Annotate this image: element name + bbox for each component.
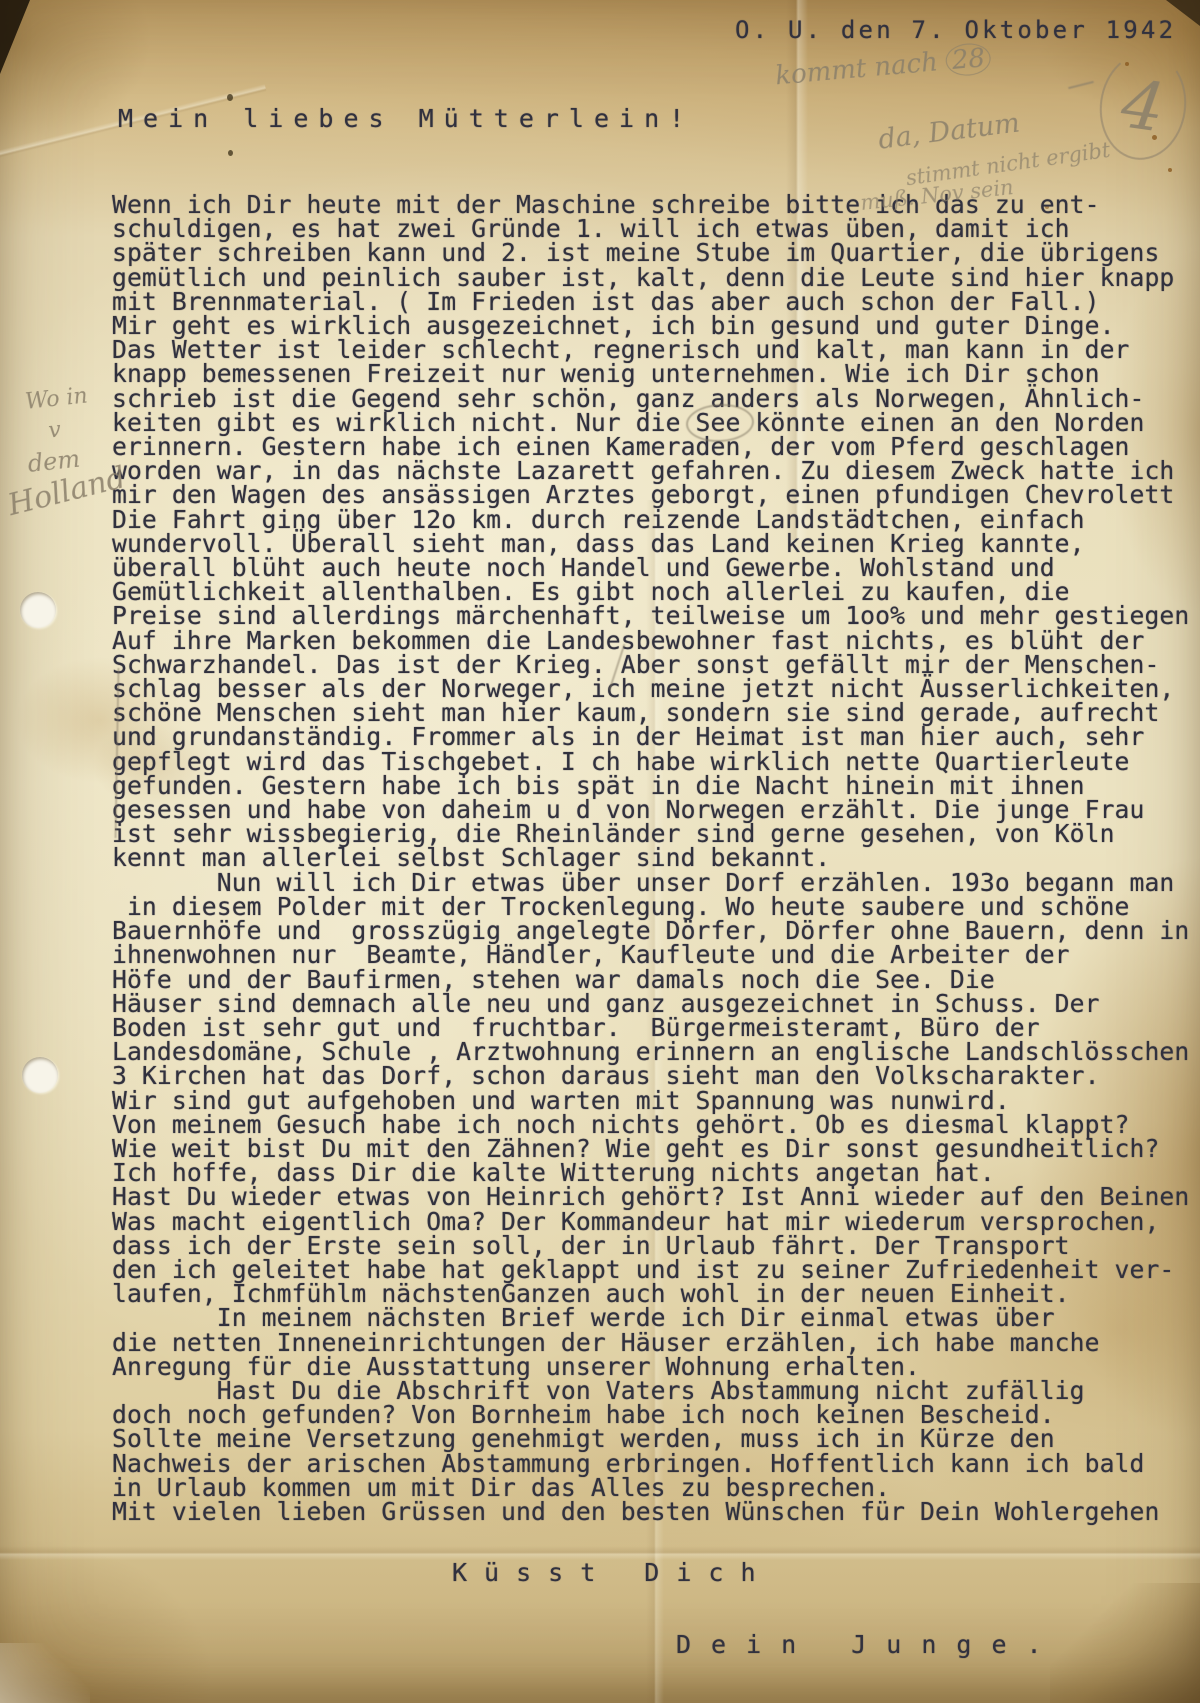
letter-page: O. U. den 7. Oktober 1942 Mein liebes Mü… <box>0 0 1200 1703</box>
pencil-circled-number: 28 <box>945 42 993 78</box>
letter-line: Sollte meine Versetzung genehmigt werden… <box>112 1427 1189 1451</box>
letter-line: 3 Kirchen hat das Dorf, schon daraus sie… <box>112 1064 1189 1088</box>
dateline: O. U. den 7. Oktober 1942 <box>735 16 1176 44</box>
signature-line: Dein Junge. <box>676 1630 1062 1659</box>
letter-line: ihnenwohnen nur Beamte, Händler, Kaufleu… <box>112 943 1189 967</box>
letter-line: knapp bemessenen Freizeit nur wenig unte… <box>112 362 1189 386</box>
ink-speck <box>227 94 233 101</box>
ink-speck <box>228 150 233 156</box>
letter-line: Mit vielen lieben Grüssen und den besten… <box>112 1500 1189 1524</box>
closing-line: Küsst Dich <box>452 1558 773 1587</box>
letter-line: mir den Wagen des ansässigen Arztes gebo… <box>112 483 1189 507</box>
letter-body: Wenn ich Dir heute mit der Maschine schr… <box>112 193 1189 1524</box>
salutation: Mein liebes Mütterlein! <box>118 104 694 133</box>
letter-line: In meinem nächsten Brief werde ich Dir e… <box>112 1306 1189 1330</box>
pencil-note-text: kommt nach <box>774 47 947 92</box>
punch-hole-bottom <box>22 1057 58 1093</box>
folded-corner-bottom-right <box>1050 1583 1200 1703</box>
paper-edge-bottom-left <box>0 1643 90 1703</box>
punch-hole-top <box>20 592 56 628</box>
pencil-note-datum: da, Datum <box>877 107 1022 155</box>
letter-line: später schreiben kann und 2. ist meine S… <box>112 241 1189 265</box>
letter-line: Hast Du wieder etwas von Heinrich gehört… <box>112 1185 1189 1209</box>
pencil-margin-note-holland: Wo invdemHolland <box>2 377 128 512</box>
torn-corner-top-left <box>0 0 30 74</box>
pencil-note-page-reference: kommt nach 28 <box>774 43 992 92</box>
pencil-dash <box>1068 81 1094 89</box>
rust-speck <box>1168 168 1172 172</box>
